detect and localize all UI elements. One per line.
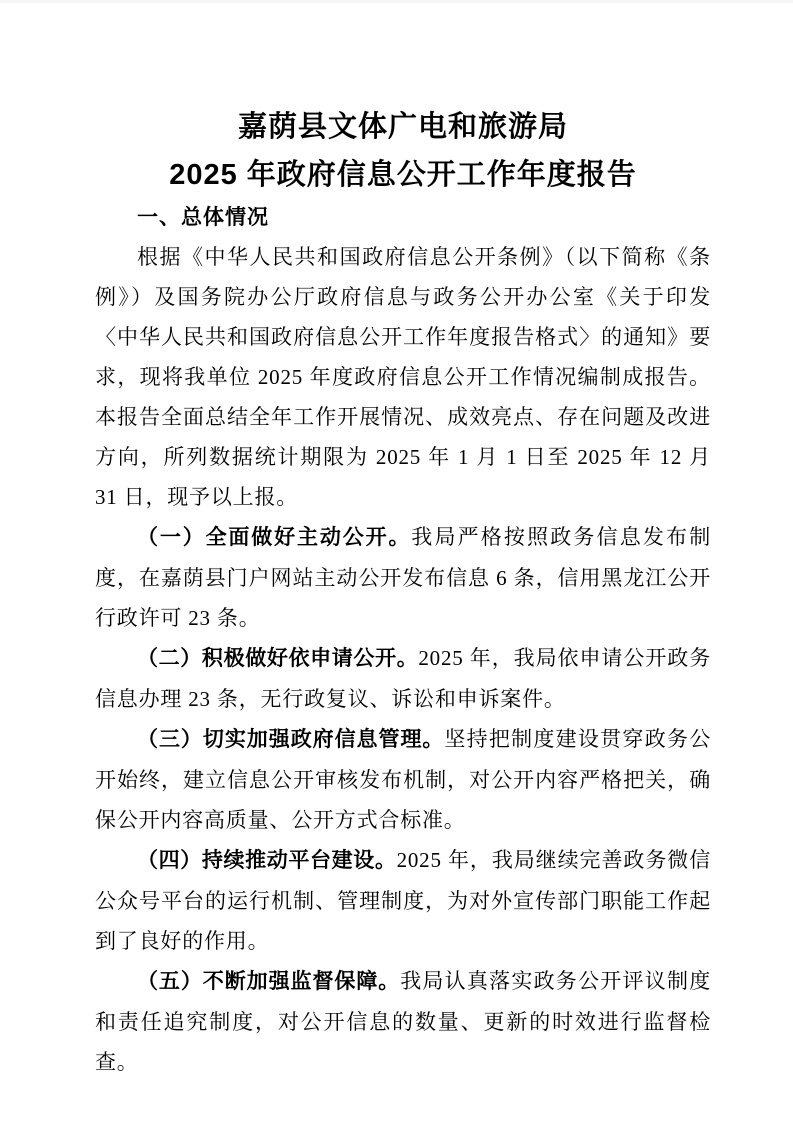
document-page: 嘉荫县文体广电和旅游局 2025 年政府信息公开工作年度报告 一、总体情况 根据…	[0, 0, 793, 1122]
item-5-lead: （五）不断加强监督保障。	[137, 970, 400, 993]
item-3-lead: （三）切实加强政府信息管理。	[137, 728, 444, 751]
item-paragraph-4: （四）持续推动平台建设。2025 年，我局继续完善政务微信公众号平台的运行机制、…	[95, 840, 711, 961]
item-paragraph-5: （五）不断加强监督保障。我局认真落实政务公开评议制度和责任追究制度，对公开信息的…	[95, 961, 711, 1082]
item-paragraph-3: （三）切实加强政府信息管理。坚持把制度建设贯穿政务公开始终，建立信息公开审核发布…	[95, 719, 711, 840]
item-1-lead: （一）全面做好主动公开。	[137, 526, 411, 549]
item-paragraph-2: （二）积极做好依申请公开。2025 年，我局依申请公开政务信息办理 23 条，无…	[95, 638, 711, 719]
item-2-lead: （二）积极做好依申请公开。	[137, 647, 418, 670]
item-4-lead: （四）持续推动平台建设。	[137, 849, 397, 872]
document-title-line1: 嘉荫县文体广电和旅游局	[95, 103, 711, 151]
item-paragraph-1: （一）全面做好主动公开。我局严格按照政务信息发布制度，在嘉荫县门户网站主动公开发…	[95, 517, 711, 638]
document-title-line2: 2025 年政府信息公开工作年度报告	[95, 151, 711, 199]
intro-paragraph: 根据《中华人民共和国政府信息公开条例》（以下简称《条例》）及国务院办公厅政府信息…	[95, 237, 711, 517]
section-heading-overview: 一、总体情况	[95, 199, 711, 237]
document-content: 嘉荫县文体广电和旅游局 2025 年政府信息公开工作年度报告 一、总体情况 根据…	[0, 0, 793, 1082]
